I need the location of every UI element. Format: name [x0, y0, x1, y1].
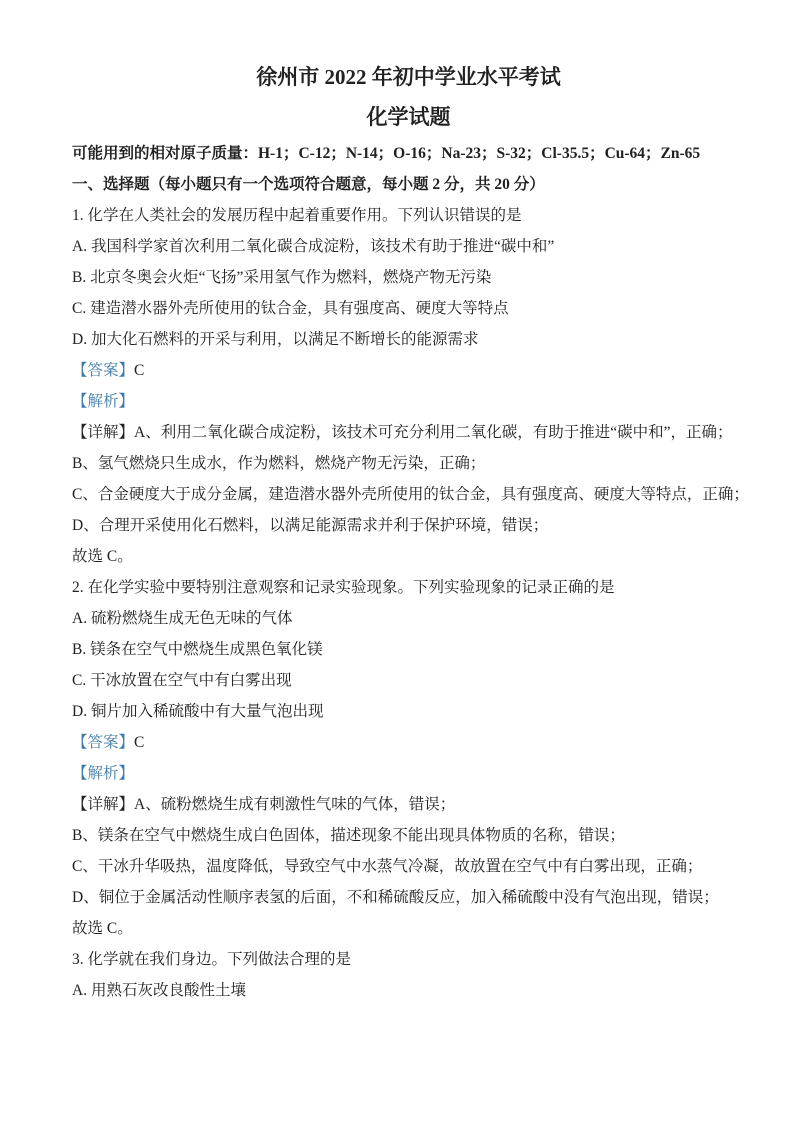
question-2-option-d: D. 铜片加入稀硫酸中有大量气泡出现 [72, 696, 745, 727]
question-1-option-d: D. 加大化石燃料的开采与利用，以满足不断增长的能源需求 [72, 324, 745, 355]
answer-label: 【答案】 [72, 362, 134, 379]
question-2-detail-b: B、镁条在空气中燃烧生成白色固体，描述现象不能出现具体物质的名称，错误； [72, 820, 745, 851]
question-1-option-c: C. 建造潜水器外壳所使用的钛合金，具有强度高、硬度大等特点 [72, 293, 745, 324]
question-2-option-b: B. 镁条在空气中燃烧生成黑色氧化镁 [72, 634, 745, 665]
analysis-label: 【解析】 [72, 393, 134, 410]
answer-value: C [134, 362, 144, 379]
answer-label: 【答案】 [72, 734, 134, 751]
question-1-conclusion: 故选 C。 [72, 541, 745, 572]
question-1-analysis-line: 【解析】 [72, 386, 745, 417]
question-2-stem: 2. 在化学实验中要特别注意观察和记录实验现象。下列实验现象的记录正确的是 [72, 572, 745, 603]
question-2-analysis-line: 【解析】 [72, 758, 745, 789]
section-heading: 一、选择题（每小题只有一个选项符合题意，每小题 2 分，共 20 分） [72, 169, 745, 200]
question-2-conclusion: 故选 C。 [72, 913, 745, 944]
question-1-detail-b: B、氢气燃烧只生成水，作为燃料，燃烧产物无污染，正确； [72, 448, 745, 479]
question-1-stem: 1. 化学在人类社会的发展历程中起着重要作用。下列认识错误的是 [72, 200, 745, 231]
question-1-option-a: A. 我国科学家首次利用二氧化碳合成淀粉，该技术有助于推进“碳中和” [72, 231, 745, 262]
question-2-detail-c: C、干冰升华吸热，温度降低，导致空气中水蒸气冷凝，故放置在空气中有白雾出现，正确… [72, 851, 745, 882]
atomic-mass-note: 可能用到的相对原子质量：H-1；C-12；N-14；O-16；Na-23；S-3… [72, 138, 745, 169]
exam-title: 徐州市 2022 年初中学业水平考试 [72, 62, 745, 92]
question-2-detail-a: 【详解】A、硫粉燃烧生成有刺激性气味的气体，错误； [72, 789, 745, 820]
question-3-option-a: A. 用熟石灰改良酸性土壤 [72, 975, 745, 1006]
analysis-label: 【解析】 [72, 765, 134, 782]
question-1-answer-line: 【答案】C [72, 355, 745, 386]
question-2-detail-d: D、铜位于金属活动性顺序表氢的后面，不和稀硫酸反应，加入稀硫酸中没有气泡出现，错… [72, 882, 745, 913]
answer-value: C [134, 734, 144, 751]
exam-subtitle: 化学试题 [72, 102, 745, 132]
question-1-detail-c: C、合金硬度大于成分金属，建造潜水器外壳所使用的钛合金，具有强度高、硬度大等特点… [72, 479, 745, 510]
question-1-detail-a: 【详解】A、利用二氧化碳合成淀粉，该技术可充分利用二氧化碳，有助于推进“碳中和”… [72, 417, 745, 448]
question-2-option-c: C. 干冰放置在空气中有白雾出现 [72, 665, 745, 696]
question-2-answer-line: 【答案】C [72, 727, 745, 758]
question-2-option-a: A. 硫粉燃烧生成无色无味的气体 [72, 603, 745, 634]
question-1-option-b: B. 北京冬奥会火炬“飞扬”采用氢气作为燃料，燃烧产物无污染 [72, 262, 745, 293]
question-3-stem: 3. 化学就在我们身边。下列做法合理的是 [72, 944, 745, 975]
question-1-detail-d: D、合理开采使用化石燃料，以满足能源需求并利于保护环境，错误； [72, 510, 745, 541]
exam-document-page: 徐州市 2022 年初中学业水平考试 化学试题 可能用到的相对原子质量：H-1；… [0, 0, 793, 1122]
